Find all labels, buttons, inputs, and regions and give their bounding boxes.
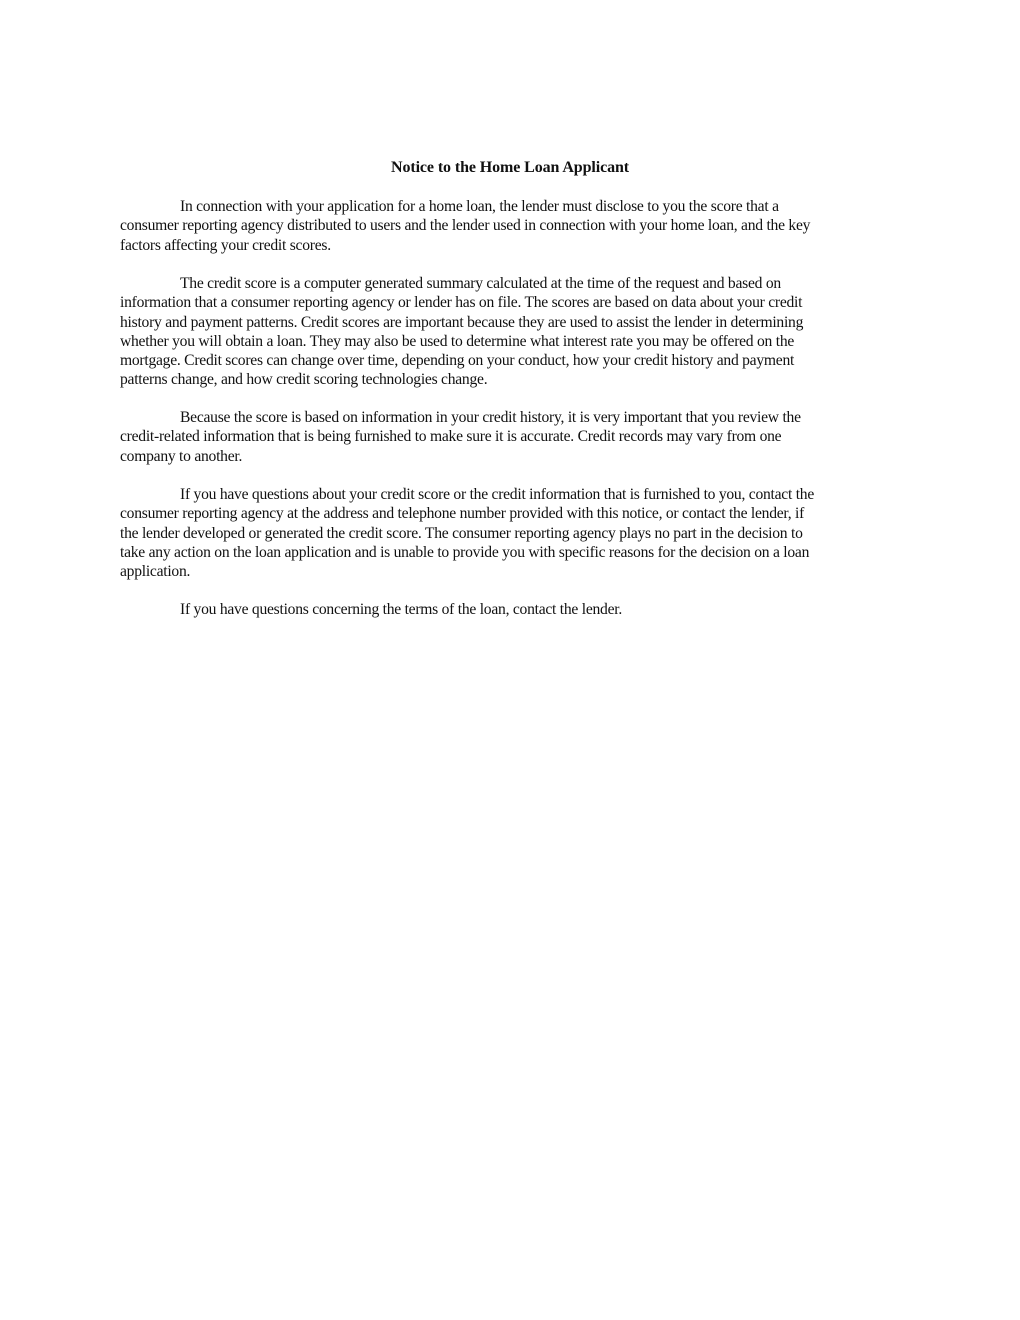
- paragraph-disclosure-intro: In connection with your application for …: [120, 197, 900, 255]
- paragraph-contact-agency: If you have questions about your credit …: [120, 485, 900, 581]
- paragraph-line: The credit score is a computer generated…: [120, 274, 900, 293]
- paragraph-line: If you have questions about your credit …: [120, 485, 900, 504]
- paragraph-line: In connection with your application for …: [120, 197, 900, 216]
- paragraph-line: history and payment patterns. Credit sco…: [120, 313, 900, 332]
- document-page: Notice to the Home Loan Applicant In con…: [0, 0, 1020, 1320]
- paragraph-line: take any action on the loan application …: [120, 543, 900, 562]
- paragraph-line: consumer reporting agency at the address…: [120, 504, 900, 523]
- paragraph-line: patterns change, and how credit scoring …: [120, 370, 900, 389]
- paragraph-line: Because the score is based on informatio…: [120, 408, 900, 427]
- paragraph-line: consumer reporting agency distributed to…: [120, 216, 900, 235]
- paragraph-line: If you have questions concerning the ter…: [120, 600, 900, 619]
- paragraph-credit-score-definition: The credit score is a computer generated…: [120, 274, 900, 390]
- paragraph-line: information that a consumer reporting ag…: [120, 293, 900, 312]
- paragraph-line: credit-related information that is being…: [120, 427, 900, 446]
- paragraph-contact-lender: If you have questions concerning the ter…: [120, 600, 900, 619]
- paragraph-review-accuracy: Because the score is based on informatio…: [120, 408, 900, 466]
- document-title: Notice to the Home Loan Applicant: [0, 158, 1020, 178]
- paragraph-line: whether you will obtain a loan. They may…: [120, 332, 900, 351]
- paragraph-line: company to another.: [120, 447, 900, 466]
- paragraph-line: mortgage. Credit scores can change over …: [120, 351, 900, 370]
- paragraph-line: the lender developed or generated the cr…: [120, 524, 900, 543]
- paragraph-line: factors affecting your credit scores.: [120, 236, 900, 255]
- paragraph-line: application.: [120, 562, 900, 581]
